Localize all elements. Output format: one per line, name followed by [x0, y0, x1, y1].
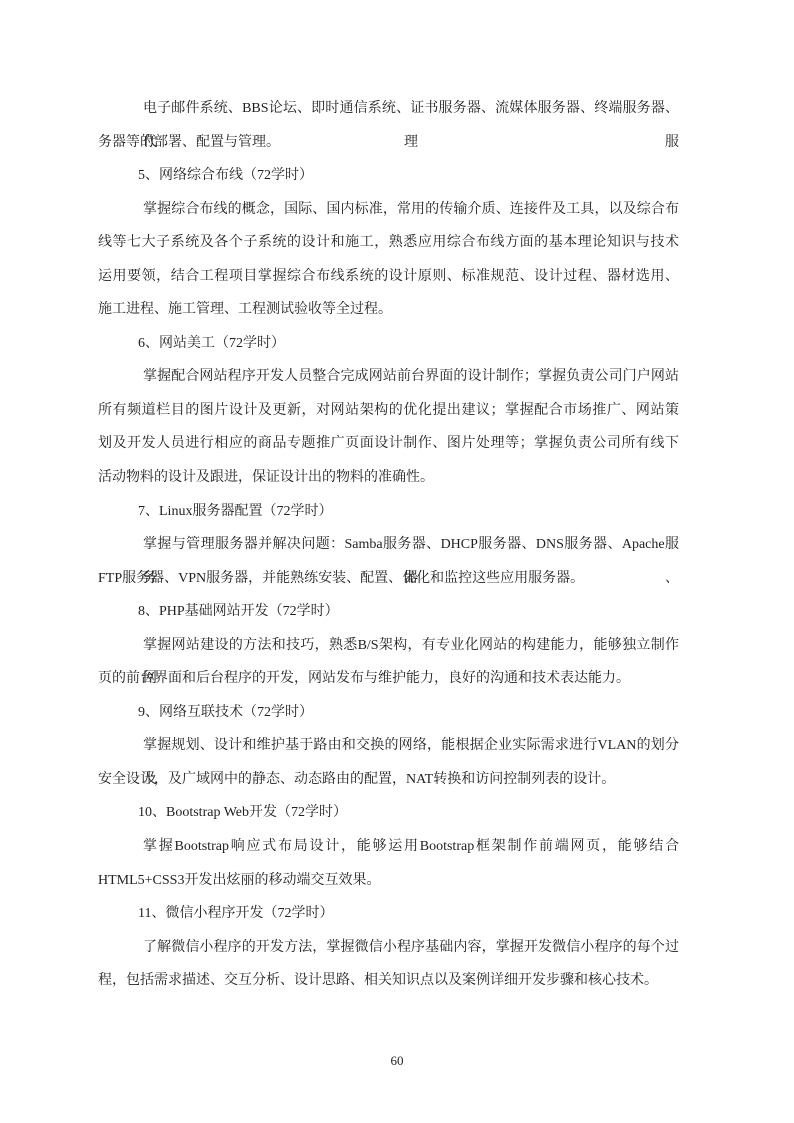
paragraph-line: 掌握配合网站程序开发人员整合完成网站前台界面的设计制作；掌握负责公司门户网站 — [98, 360, 679, 394]
paragraph-line: 掌握综合布线的概念，国际、国内标准，常用的传输介质、连接件及工具，以及综合布 — [98, 193, 679, 227]
paragraph-line: 掌握规划、设计和维护基于路由和交换的网络，能根据企业实际需求进行VLAN的划分及 — [98, 729, 679, 763]
paragraph-line: 划及开发人员进行相应的商品专题推广页面设计制作、图片处理等；掌握负责公司所有线下 — [98, 427, 679, 461]
section-heading: 9、网络互联技术（72学时） — [98, 696, 679, 730]
paragraph-line: 施工进程、施工管理、工程测试验收等全过程。 — [98, 293, 679, 327]
section-heading: 11、微信小程序开发（72学时） — [98, 897, 679, 931]
paragraph-line: 电子邮件系统、BBS论坛、即时通信系统、证书服务器、流媒体服务器、终端服务器、代… — [98, 92, 679, 126]
paragraph-line: 所有频道栏目的图片设计及更新，对网站架构的优化提出建议；掌握配合市场推广、网站策 — [98, 394, 679, 428]
section-heading: 8、PHP基础网站开发（72学时） — [98, 595, 679, 629]
paragraph-line: HTML5+CSS3开发出炫丽的移动端交互效果。 — [98, 864, 679, 898]
paragraph-line: 掌握与管理服务器并解决问题：Samba服务器、DHCP服务器、DNS服务器、Ap… — [98, 528, 679, 562]
paragraph-line: 安全设计，及广域网中的静态、动态路由的配置，NAT转换和访问控制列表的设计。 — [98, 763, 679, 797]
paragraph-line: 页的前台界面和后台程序的开发，网站发布与维护能力，良好的沟通和技术表达能力。 — [98, 662, 679, 696]
section-heading: 6、网站美工（72学时） — [98, 327, 679, 361]
paragraph-line: 掌握网站建设的方法和技巧，熟悉B/S架构，有专业化网站的构建能力，能够独立制作网 — [98, 629, 679, 663]
document-page: 电子邮件系统、BBS论坛、即时通信系统、证书服务器、流媒体服务器、终端服务器、代… — [0, 0, 794, 1123]
section-heading: 5、网络综合布线（72学时） — [98, 159, 679, 193]
document-content: 电子邮件系统、BBS论坛、即时通信系统、证书服务器、流媒体服务器、终端服务器、代… — [98, 92, 679, 998]
paragraph-line: 程，包括需求描述、交互分析、设计思路、相关知识点以及案例详细开发步骤和核心技术。 — [98, 964, 679, 998]
paragraph-line: 了解微信小程序的开发方法，掌握微信小程序基础内容，掌握开发微信小程序的每个过 — [98, 931, 679, 965]
page-number: 60 — [0, 1053, 794, 1068]
paragraph-line: 运用要领，结合工程项目掌握综合布线系统的设计原则、标准规范、设计过程、器材选用、 — [98, 260, 679, 294]
paragraph-line: 掌握Bootstrap响应式布局设计，能够运用Bootstrap框架制作前端网页… — [98, 830, 679, 864]
section-heading: 7、Linux服务器配置（72学时） — [98, 495, 679, 529]
paragraph-line: 线等七大子系统及各个子系统的设计和施工，熟悉应用综合布线方面的基本理论知识与技术 — [98, 226, 679, 260]
paragraph-line: 活动物料的设计及跟进，保证设计出的物料的准确性。 — [98, 461, 679, 495]
section-heading: 10、Bootstrap Web开发（72学时） — [98, 796, 679, 830]
